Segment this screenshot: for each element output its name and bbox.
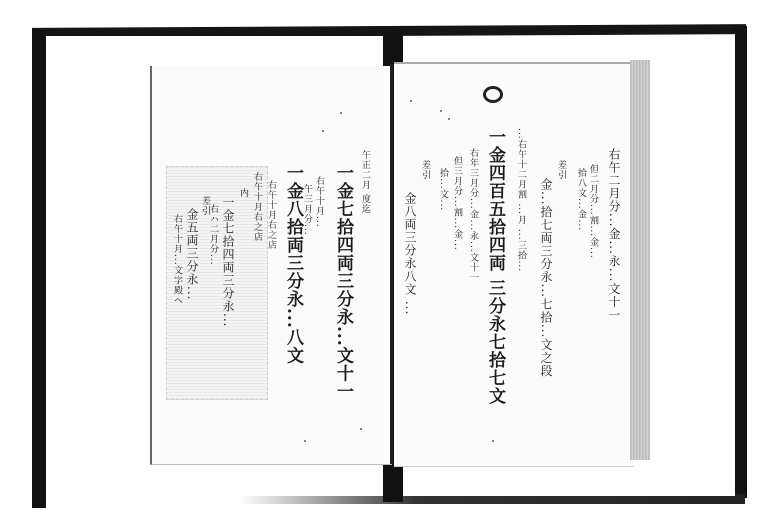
right-column-1: 右午二月分...金...永...文十一 [608, 148, 620, 321]
scan-speck [448, 118, 450, 120]
right-column-8: 右年三月分...金...永...文十一 [468, 148, 477, 283]
left-column-4: 午三月分... [302, 184, 311, 236]
right-column-2: 但二月分...割...金... [588, 164, 597, 259]
left-column-2: 一金七拾四両三分永...文十一 [334, 164, 351, 401]
scanner-frame-left [32, 30, 46, 508]
slip-column-2: 内 [238, 188, 247, 198]
right-column-7: 一金四百五拾四両 三分永七拾七文 [486, 128, 503, 405]
gutter-line [390, 64, 393, 464]
slip-column-7: 右午十月...文字殿へ [172, 214, 181, 306]
right-column-4: 差引 [556, 160, 565, 180]
scanner-frame-right [735, 26, 747, 498]
right-column-9: 但三月分...割...金... [452, 156, 461, 251]
page-edges [630, 60, 650, 460]
right-column-12: 金八両三分永八文 ... [404, 192, 416, 315]
slip-column-3: 一金七拾四両三分永... [222, 196, 234, 327]
slip-column-1: 右午十月右之店 [252, 172, 261, 242]
left-column-3: 右午十月... [314, 176, 323, 228]
right-column-5: 金...拾七両三分永...七拾...文之段 [540, 178, 552, 377]
scan-speck [492, 440, 494, 442]
right-column-11: 差引 [420, 160, 429, 180]
left-column-5: 一金八拾両三分永...八文 [284, 164, 301, 365]
left-column-1: 午正二月 度迄 [360, 150, 369, 214]
scan-speck [360, 428, 362, 430]
slip-column-5: 差引 [200, 196, 209, 216]
slip-column-6: 金五両三分永... [186, 208, 198, 300]
scan-speck [410, 100, 412, 102]
scan-speck [440, 110, 442, 112]
right-column-6: ...右午十二月割 ...月 ...三拾... [516, 128, 525, 272]
right-page [394, 62, 634, 467]
binding-ring-mark [483, 86, 503, 103]
left-column-6: 右午十月右之店 [266, 180, 275, 250]
right-column-10: 拾...文... [438, 168, 447, 211]
scan-speck [340, 112, 342, 114]
right-column-3: 拾八文...金... [576, 168, 585, 231]
scan-speck [322, 130, 324, 132]
scan-speck [304, 440, 306, 442]
